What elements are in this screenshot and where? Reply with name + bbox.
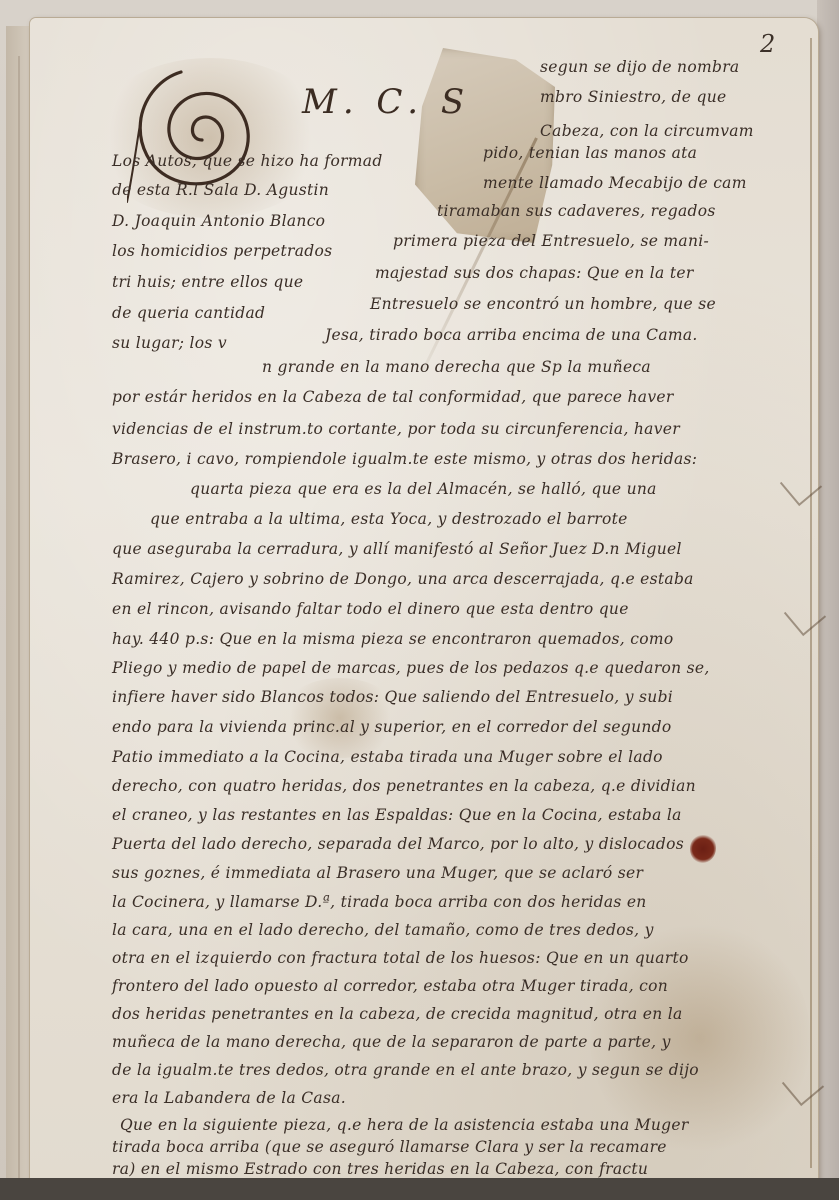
manuscript-line: Patio immediato a la Cocina, estaba tira… [112, 748, 663, 766]
manuscript-line: muñeca de la mano derecha, que de la sep… [112, 1033, 671, 1051]
manuscript-line: D. Joaquin Antonio Blanco [112, 212, 325, 230]
manuscript-line: infiere haver sido Blancos todos: Que sa… [112, 688, 673, 706]
manuscript-line: sus goznes, é immediata al Brasero una M… [112, 864, 643, 882]
manuscript-line: que entraba a la ultima, esta Yoca, y de… [150, 510, 628, 528]
manuscript-line: frontero del lado opuesto al corredor, e… [112, 977, 668, 995]
manuscript-line: la Cocinera, y llamarse D.ª, tirada boca… [112, 893, 647, 911]
photo-bottom-edge [0, 1178, 839, 1200]
manuscript-line: su lugar; los v [112, 334, 227, 352]
manuscript-line: tiramaban sus cadaveres, regados [437, 202, 716, 220]
manuscript-line: Ramirez, Cajero y sobrino de Dongo, una … [112, 570, 694, 588]
manuscript-line: Los Autos, que se hizo ha formad [112, 152, 383, 170]
manuscript-line: mbro Siniestro, de que [540, 88, 726, 106]
manuscript-line: por estár heridos en la Cabeza de tal co… [112, 388, 674, 406]
manuscript-line: otra en el izquierdo con fractura total … [112, 949, 689, 967]
manuscript-line: de queria cantidad [112, 304, 265, 322]
manuscript-line: segun se dijo de nombra [540, 58, 739, 76]
manuscript-line: los homicidios perpetrados [112, 242, 332, 260]
manuscript-line: n grande en la mano derecha que Sp la mu… [262, 358, 651, 376]
manuscript-line: hay. 440 p.s: Que en la misma pieza se e… [112, 630, 673, 648]
manuscript-line: majestad sus dos chapas: Que en la ter [375, 264, 694, 282]
manuscript-line: era la Labandera de la Casa. [112, 1089, 346, 1107]
manuscript-line: Jesa, tirado boca arriba encima de una C… [325, 326, 698, 344]
manuscript-line: endo para la vivienda princ.al y superio… [112, 718, 672, 736]
manuscript-line: tri huis; entre ellos que [112, 273, 303, 291]
manuscript-line: Brasero, i cavo, rompiendole igualm.te e… [112, 450, 697, 468]
manuscript-line: videncias de el instrum.to cortante, por… [112, 420, 680, 438]
manuscript-line: el craneo, y las restantes en las Espald… [112, 806, 682, 824]
manuscript-line: Que en la siguiente pieza, q.e hera de l… [120, 1116, 689, 1134]
manuscript-line: la cara, una en el lado derecho, del tam… [112, 921, 654, 939]
manuscript-line: de esta R.l Sala D. Agustin [112, 181, 329, 199]
manuscript-line: primera pieza del Entresuelo, se mani- [393, 232, 709, 250]
manuscript-line: Pliego y medio de papel de marcas, pues … [112, 659, 710, 677]
manuscript-line: dos heridas penetrantes en la cabeza, de… [112, 1005, 683, 1023]
manuscript-line: ra) en el mismo Estrado con tres heridas… [112, 1160, 648, 1178]
manuscript-line: en el rincon, avisando faltar todo el di… [112, 600, 629, 618]
manuscript-line: que aseguraba la cerradura, y allí manif… [112, 540, 682, 558]
manuscript-line: Cabeza, con la circumvam [540, 122, 754, 140]
manuscript-line: de la igualm.te tres dedos, otra grande … [112, 1061, 699, 1079]
manuscript-line: Puerta del lado derecho, separada del Ma… [112, 835, 684, 853]
manuscript-line: tirada boca arriba (que se aseguró llama… [112, 1138, 667, 1156]
manuscript-line: pido, tenian las manos ata [483, 144, 697, 162]
manuscript-line: quarta pieza que era es la del Almacén, … [190, 480, 657, 498]
manuscript-line: mente llamado Mecabijo de cam [483, 174, 747, 192]
handwritten-text-body: segun se dijo de nombrambro Siniestro, d… [0, 0, 839, 1200]
manuscript-line: derecho, con quatro heridas, dos penetra… [112, 777, 696, 795]
manuscript-line: Entresuelo se encontró un hombre, que se [370, 295, 716, 313]
